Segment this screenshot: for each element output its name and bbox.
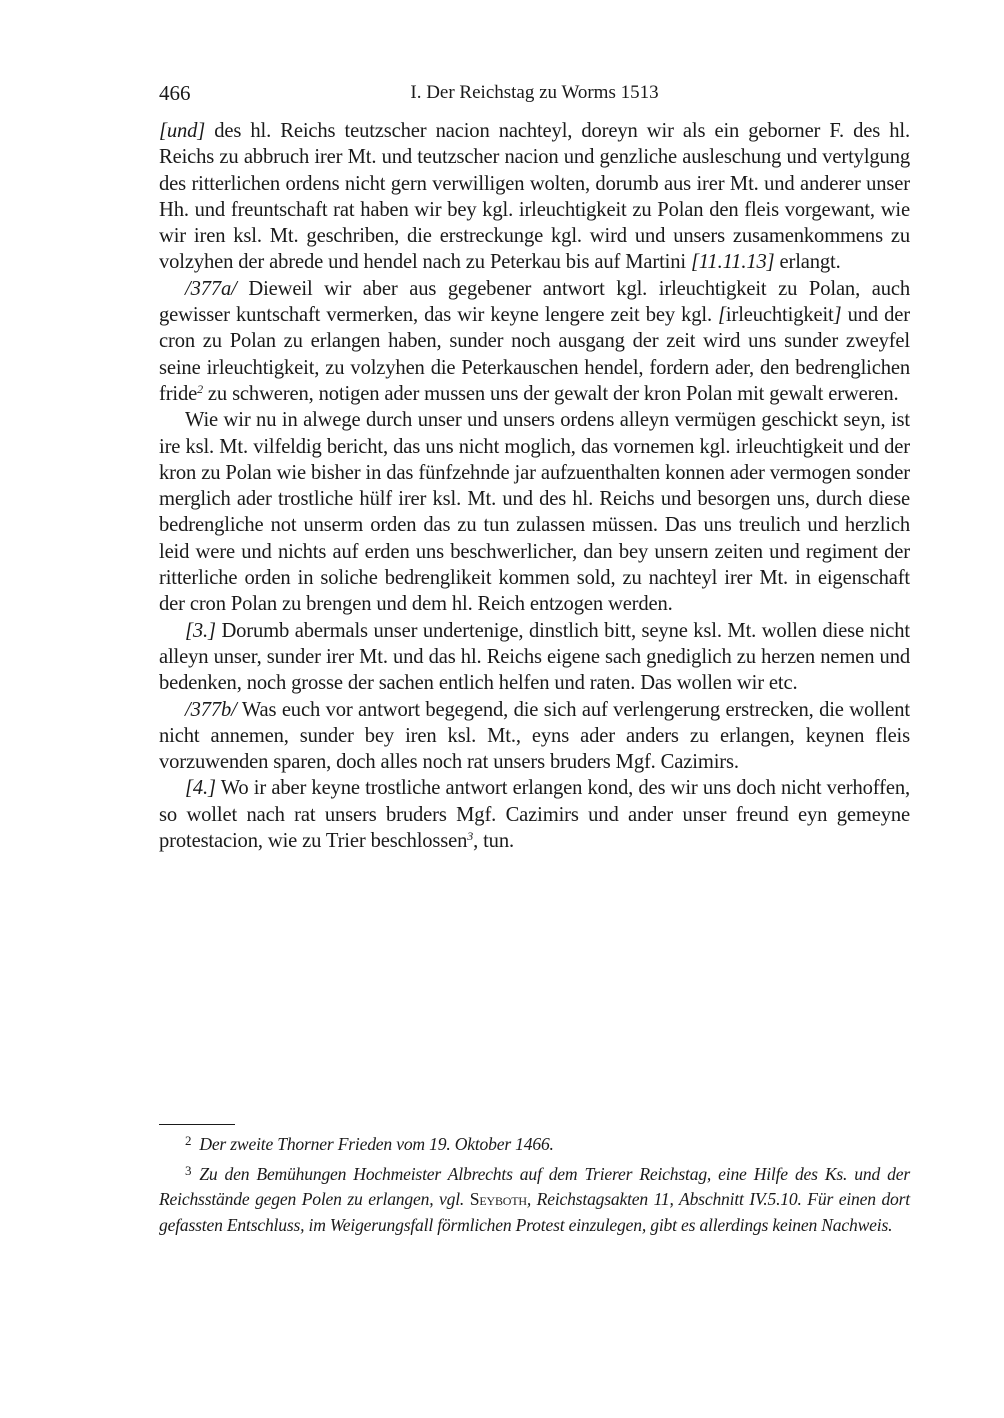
page: 466 I. Der Reichstag zu Worms 1513 [und]… [159,78,910,854]
section-number: [3.] [185,620,216,642]
paragraph-text: Dorumb abermals unser undertenige, dinst… [159,620,910,695]
folio-marker: /377b/ [185,699,237,721]
main-text: [und] des hl. Reichs teutzscher nacion n… [159,118,910,854]
paragraph-4: [3.] Dorumb abermals unser undertenige, … [159,618,910,697]
footnote-mark: 3 [185,1163,191,1178]
folio-marker: /377a/ [185,278,237,300]
paragraph-5: /377b/ Was euch vor antwort begegend, di… [159,697,910,776]
footnote-3: 3Zu den Bemühungen Hochmeister Albrechts… [159,1158,910,1239]
author-name: Seyboth [470,1189,527,1209]
footnotes: 2Der zweite Thorner Frieden vom 19. Okto… [159,1124,910,1238]
paragraph-text: zu schweren, notigen ader mussen uns der… [203,383,899,405]
paragraph-text: Wie wir nu in alwege durch unser und uns… [159,409,910,615]
bracket-open: [ [718,304,726,326]
footnote-text: Der zweite Thorner Frieden vom 19. Oktob… [199,1134,553,1154]
paragraph-6: [4.] Wo ir aber keyne trostliche antwort… [159,775,910,854]
footnote-2: 2Der zweite Thorner Frieden vom 19. Okto… [159,1128,910,1158]
paragraph-1: [und] des hl. Reichs teutzscher nacion n… [159,118,910,276]
running-title: I. Der Reichstag zu Worms 1513 [159,78,910,108]
date-annotation: [11.11.13] [691,251,775,273]
paragraph-text: Was euch vor antwort begegend, die sich … [159,699,910,774]
bracket-close: ] [834,304,842,326]
editorial-insert: [und] [159,120,205,142]
footnote-mark: 2 [185,1133,191,1148]
page-header: 466 I. Der Reichstag zu Worms 1513 [159,78,910,108]
section-number: [4.] [185,777,216,799]
footnote-rule [159,1124,235,1125]
paragraph-3: Wie wir nu in alwege durch unser und uns… [159,407,910,617]
editorial-insert: irleuchtigkeit [726,304,834,326]
paragraph-text: erlangt. [775,251,841,273]
paragraph-2: /377a/ Dieweil wir aber aus gegebener an… [159,276,910,407]
paragraph-text: , tun. [473,830,514,852]
paragraph-text: Wo ir aber keyne trostliche antwort erla… [159,777,910,852]
